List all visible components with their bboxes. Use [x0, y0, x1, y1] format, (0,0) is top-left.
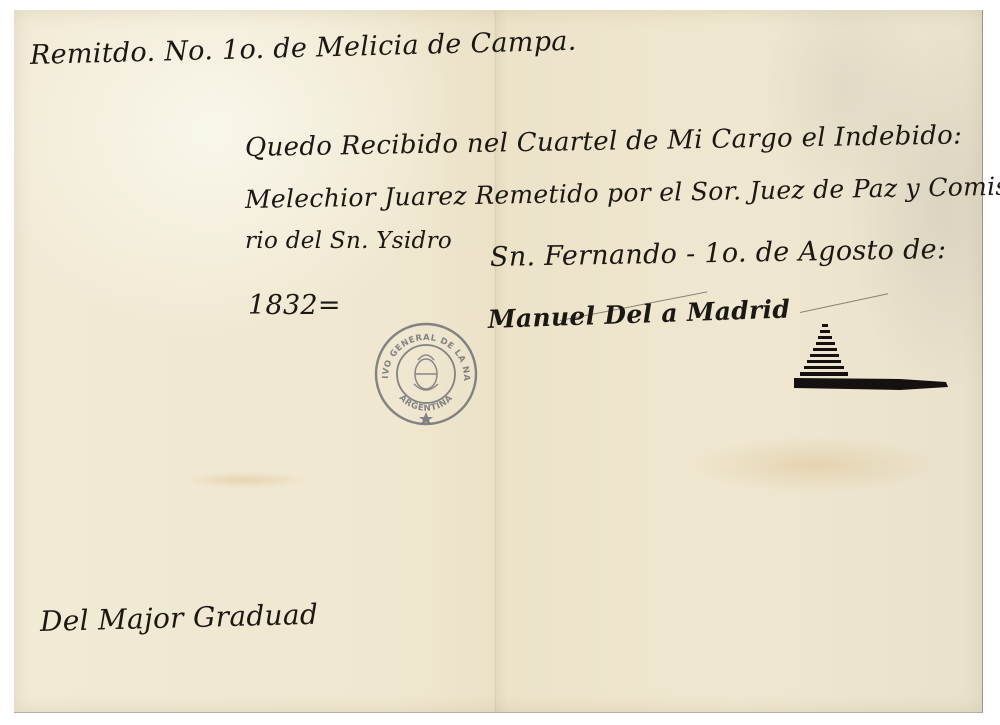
- svg-text:ARCHIVO GENERAL DE LA NACION: ARCHIVO GENERAL DE LA NACION: [370, 318, 471, 382]
- fold-crease: [494, 10, 497, 712]
- body-line-3: rio del Sn. Ysidro: [245, 228, 452, 254]
- scanned-page: Remitdo. No. 1o. de Melicia de Campa. Qu…: [0, 0, 1000, 725]
- archive-stamp-icon: ARCHIVO GENERAL DE LA NACION ARGENTINA: [370, 318, 482, 430]
- signature-flourish-icon: [780, 320, 950, 395]
- year-line: 1832=: [248, 290, 341, 321]
